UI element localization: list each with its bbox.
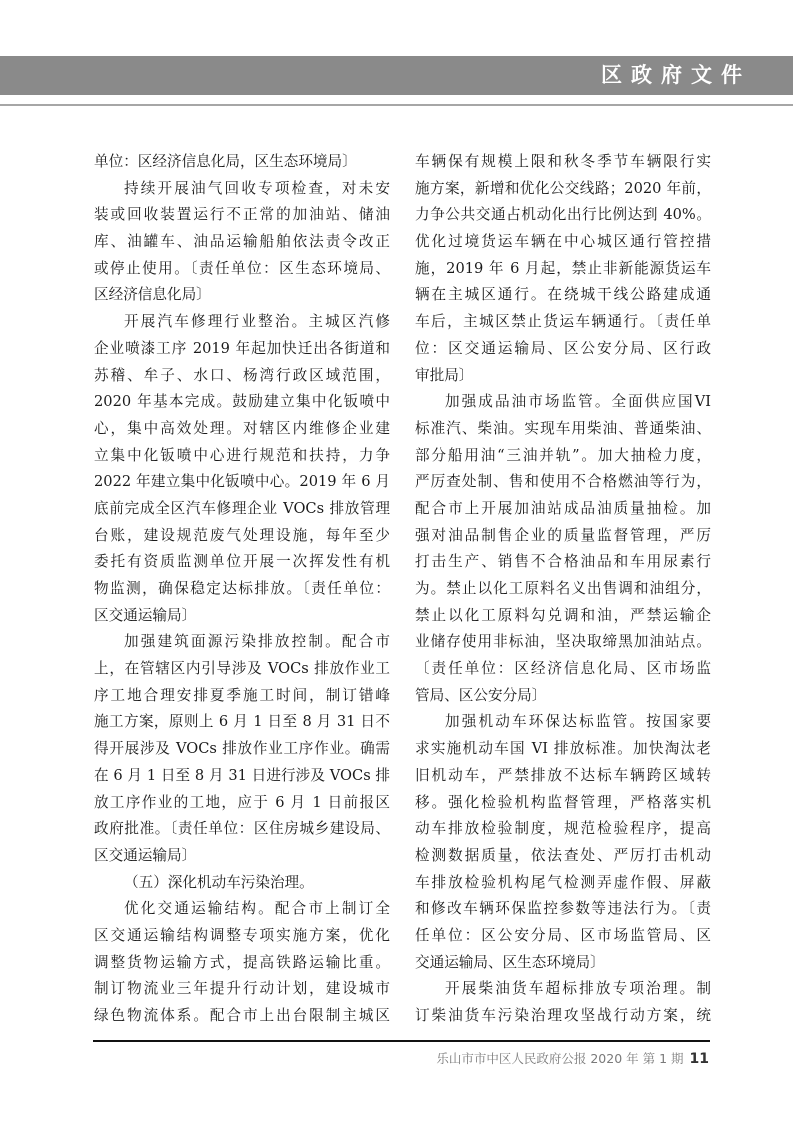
text-line: 部分船用油“三油并轨”。加大抽检力度， — [415, 443, 711, 470]
text-line: 装或回收装置运行不正常的加油站、储油 — [94, 202, 390, 229]
text-line: 审批局〕 — [415, 363, 711, 390]
text-line: 施工方案，原则上 6 月 1 日至 8 月 31 日不 — [94, 709, 390, 736]
left-text-column: 单位：区经济信息化局，区生态环境局〕持续开展油气回收专项检查，对未安装或回收装置… — [94, 149, 390, 1030]
text-line: 车后，主城区禁止货运车辆通行。〔责任单 — [415, 309, 711, 336]
text-line: 持续开展油气回收专项检查，对未安 — [94, 176, 390, 203]
text-line: 订柴油货车污染治理攻坚战行动方案，统 — [415, 1003, 711, 1030]
text-line: 业储存使用非标油，坚决取缔黑加油站点。 — [415, 629, 711, 656]
right-text-column: 车辆保有规模上限和秋冬季节车辆限行实施方案，新增和优化公交线路；2020 年前，… — [415, 149, 711, 1030]
text-line: 力争公共交通占机动化出行比例达到 40%。 — [415, 202, 711, 229]
text-line: 库、油罐车、油品运输船舶依法责令改正 — [94, 229, 390, 256]
text-line: 序工地合理安排夏季施工时间，制订错峰 — [94, 683, 390, 710]
text-line: 放工序作业的工地，应于 6 月 1 日前报区 — [94, 790, 390, 817]
text-line: 和修改车辆环保监控参数等违法行为。〔责 — [415, 896, 711, 923]
text-line: 单位：区经济信息化局，区生态环境局〕 — [94, 149, 390, 176]
text-line: 加强成品油市场监管。全面供应国VI — [415, 389, 711, 416]
text-line: 管局、区公安分局〕 — [415, 683, 711, 710]
text-line: 打击生产、销售不合格油品和车用尿素行 — [415, 549, 711, 576]
text-line: 车辆保有规模上限和秋冬季节车辆限行实 — [415, 149, 711, 176]
text-line: 动车排放检验制度，规范检验程序，提高 — [415, 816, 711, 843]
text-line: 绿色物流体系。配合市上出台限制主城区 — [94, 1003, 390, 1030]
section-header-band: 区政府文件 — [0, 56, 793, 95]
text-line: 配合市上开展加油站成品油质量抽检。加 — [415, 496, 711, 523]
text-line: 政府批准。〔责任单位：区住房城乡建设局、 — [94, 816, 390, 843]
text-line: 台账，建设规范废气处理设施，每年至少 — [94, 523, 390, 550]
text-line: 〔责任单位：区经济信息化局、区市场监 — [415, 656, 711, 683]
text-line: 或停止使用。〔责任单位：区生态环境局、 — [94, 256, 390, 283]
text-line: 辆在主城区通行。在绕城干线公路建成通 — [415, 282, 711, 309]
text-line: 求实施机动车国 VI 排放标准。加快淘汰老 — [415, 736, 711, 763]
text-line: 上，在管辖区内引导涉及 VOCs 排放作业工 — [94, 656, 390, 683]
page-number: 11 — [690, 1051, 709, 1067]
text-line: 优化过境货运车辆在中心城区通行管控措 — [415, 229, 711, 256]
header-divider — [0, 104, 793, 106]
publication-info: 乐山市市中区人民政府公报 2020 年 第 1 期 — [436, 1051, 683, 1066]
text-line: 心，集中高效处理。对辖区内维修企业建 — [94, 416, 390, 443]
text-line: 区交通运输局〕 — [94, 603, 390, 630]
text-line: 移。强化检验机构监督管理，严格落实机 — [415, 790, 711, 817]
text-line: 旧机动车，严禁排放不达标车辆跨区域转 — [415, 763, 711, 790]
text-line: 任单位：区公安分局、区市场监管局、区 — [415, 923, 711, 950]
text-line: 区经济信息化局〕 — [94, 282, 390, 309]
text-line: 强对油品制售企业的质量监督管理，严厉 — [415, 523, 711, 550]
text-line: 施，2019 年 6 月起，禁止非新能源货运车 — [415, 256, 711, 283]
text-line: 2022 年建立集中化钣喷中心。2019 年 6 月 — [94, 469, 390, 496]
text-line: 位：区交通运输局、区公安分局、区行政 — [415, 336, 711, 363]
page-footer: 乐山市市中区人民政府公报 2020 年 第 1 期11 — [436, 1049, 709, 1067]
text-line: 制订物流业三年提升行动计划，建设城市 — [94, 976, 390, 1003]
text-line: （五）深化机动车污染治理。 — [94, 870, 390, 897]
text-line: 委托有资质监测单位开展一次挥发性有机 — [94, 549, 390, 576]
text-line: 加强建筑面源污染排放控制。配合市 — [94, 629, 390, 656]
text-line: 底前完成全区汽车修理企业 VOCs 排放管理 — [94, 496, 390, 523]
text-line: 车排放检验机构尾气检测弄虚作假、屏蔽 — [415, 870, 711, 897]
text-line: 标准汽、柴油。实现车用柴油、普通柴油、 — [415, 416, 711, 443]
text-line: 为。禁止以化工原料名义出售调和油组分， — [415, 576, 711, 603]
text-line: 开展柴油货车超标排放专项治理。制 — [415, 976, 711, 1003]
text-line: 企业喷漆工序 2019 年起加快迁出各街道和 — [94, 336, 390, 363]
text-line: 物监测，确保稳定达标排放。〔责任单位： — [94, 576, 390, 603]
text-line: 开展汽车修理行业整治。主城区汽修 — [94, 309, 390, 336]
text-line: 区交通运输结构调整专项实施方案，优化 — [94, 923, 390, 950]
text-line: 检测数据质量，依法查处、严厉打击机动 — [415, 843, 711, 870]
text-line: 施方案，新增和优化公交线路；2020 年前， — [415, 176, 711, 203]
text-line: 区交通运输局〕 — [94, 843, 390, 870]
text-line: 在 6 月 1 日至 8 月 31 日进行涉及 VOCs 排 — [94, 763, 390, 790]
text-line: 2020 年基本完成。鼓励建立集中化钣喷中 — [94, 389, 390, 416]
text-line: 优化交通运输结构。配合市上制订全 — [94, 896, 390, 923]
text-line: 严厉查处制、售和使用不合格燃油等行为， — [415, 469, 711, 496]
section-title: 区政府文件 — [601, 56, 751, 95]
text-line: 调整货物运输方式，提高铁路运输比重。 — [94, 950, 390, 977]
text-line: 立集中化钣喷中心进行规范和扶持，力争 — [94, 443, 390, 470]
text-line: 加强机动车环保达标监管。按国家要 — [415, 709, 711, 736]
footer-divider — [93, 1040, 710, 1042]
text-line: 禁止以化工原料勾兑调和油，严禁运输企 — [415, 603, 711, 630]
text-line: 得开展涉及 VOCs 排放作业工序作业。确需 — [94, 736, 390, 763]
text-line: 交通运输局、区生态环境局〕 — [415, 950, 711, 977]
text-line: 苏稽、牟子、水口、杨湾行政区域范围， — [94, 363, 390, 390]
